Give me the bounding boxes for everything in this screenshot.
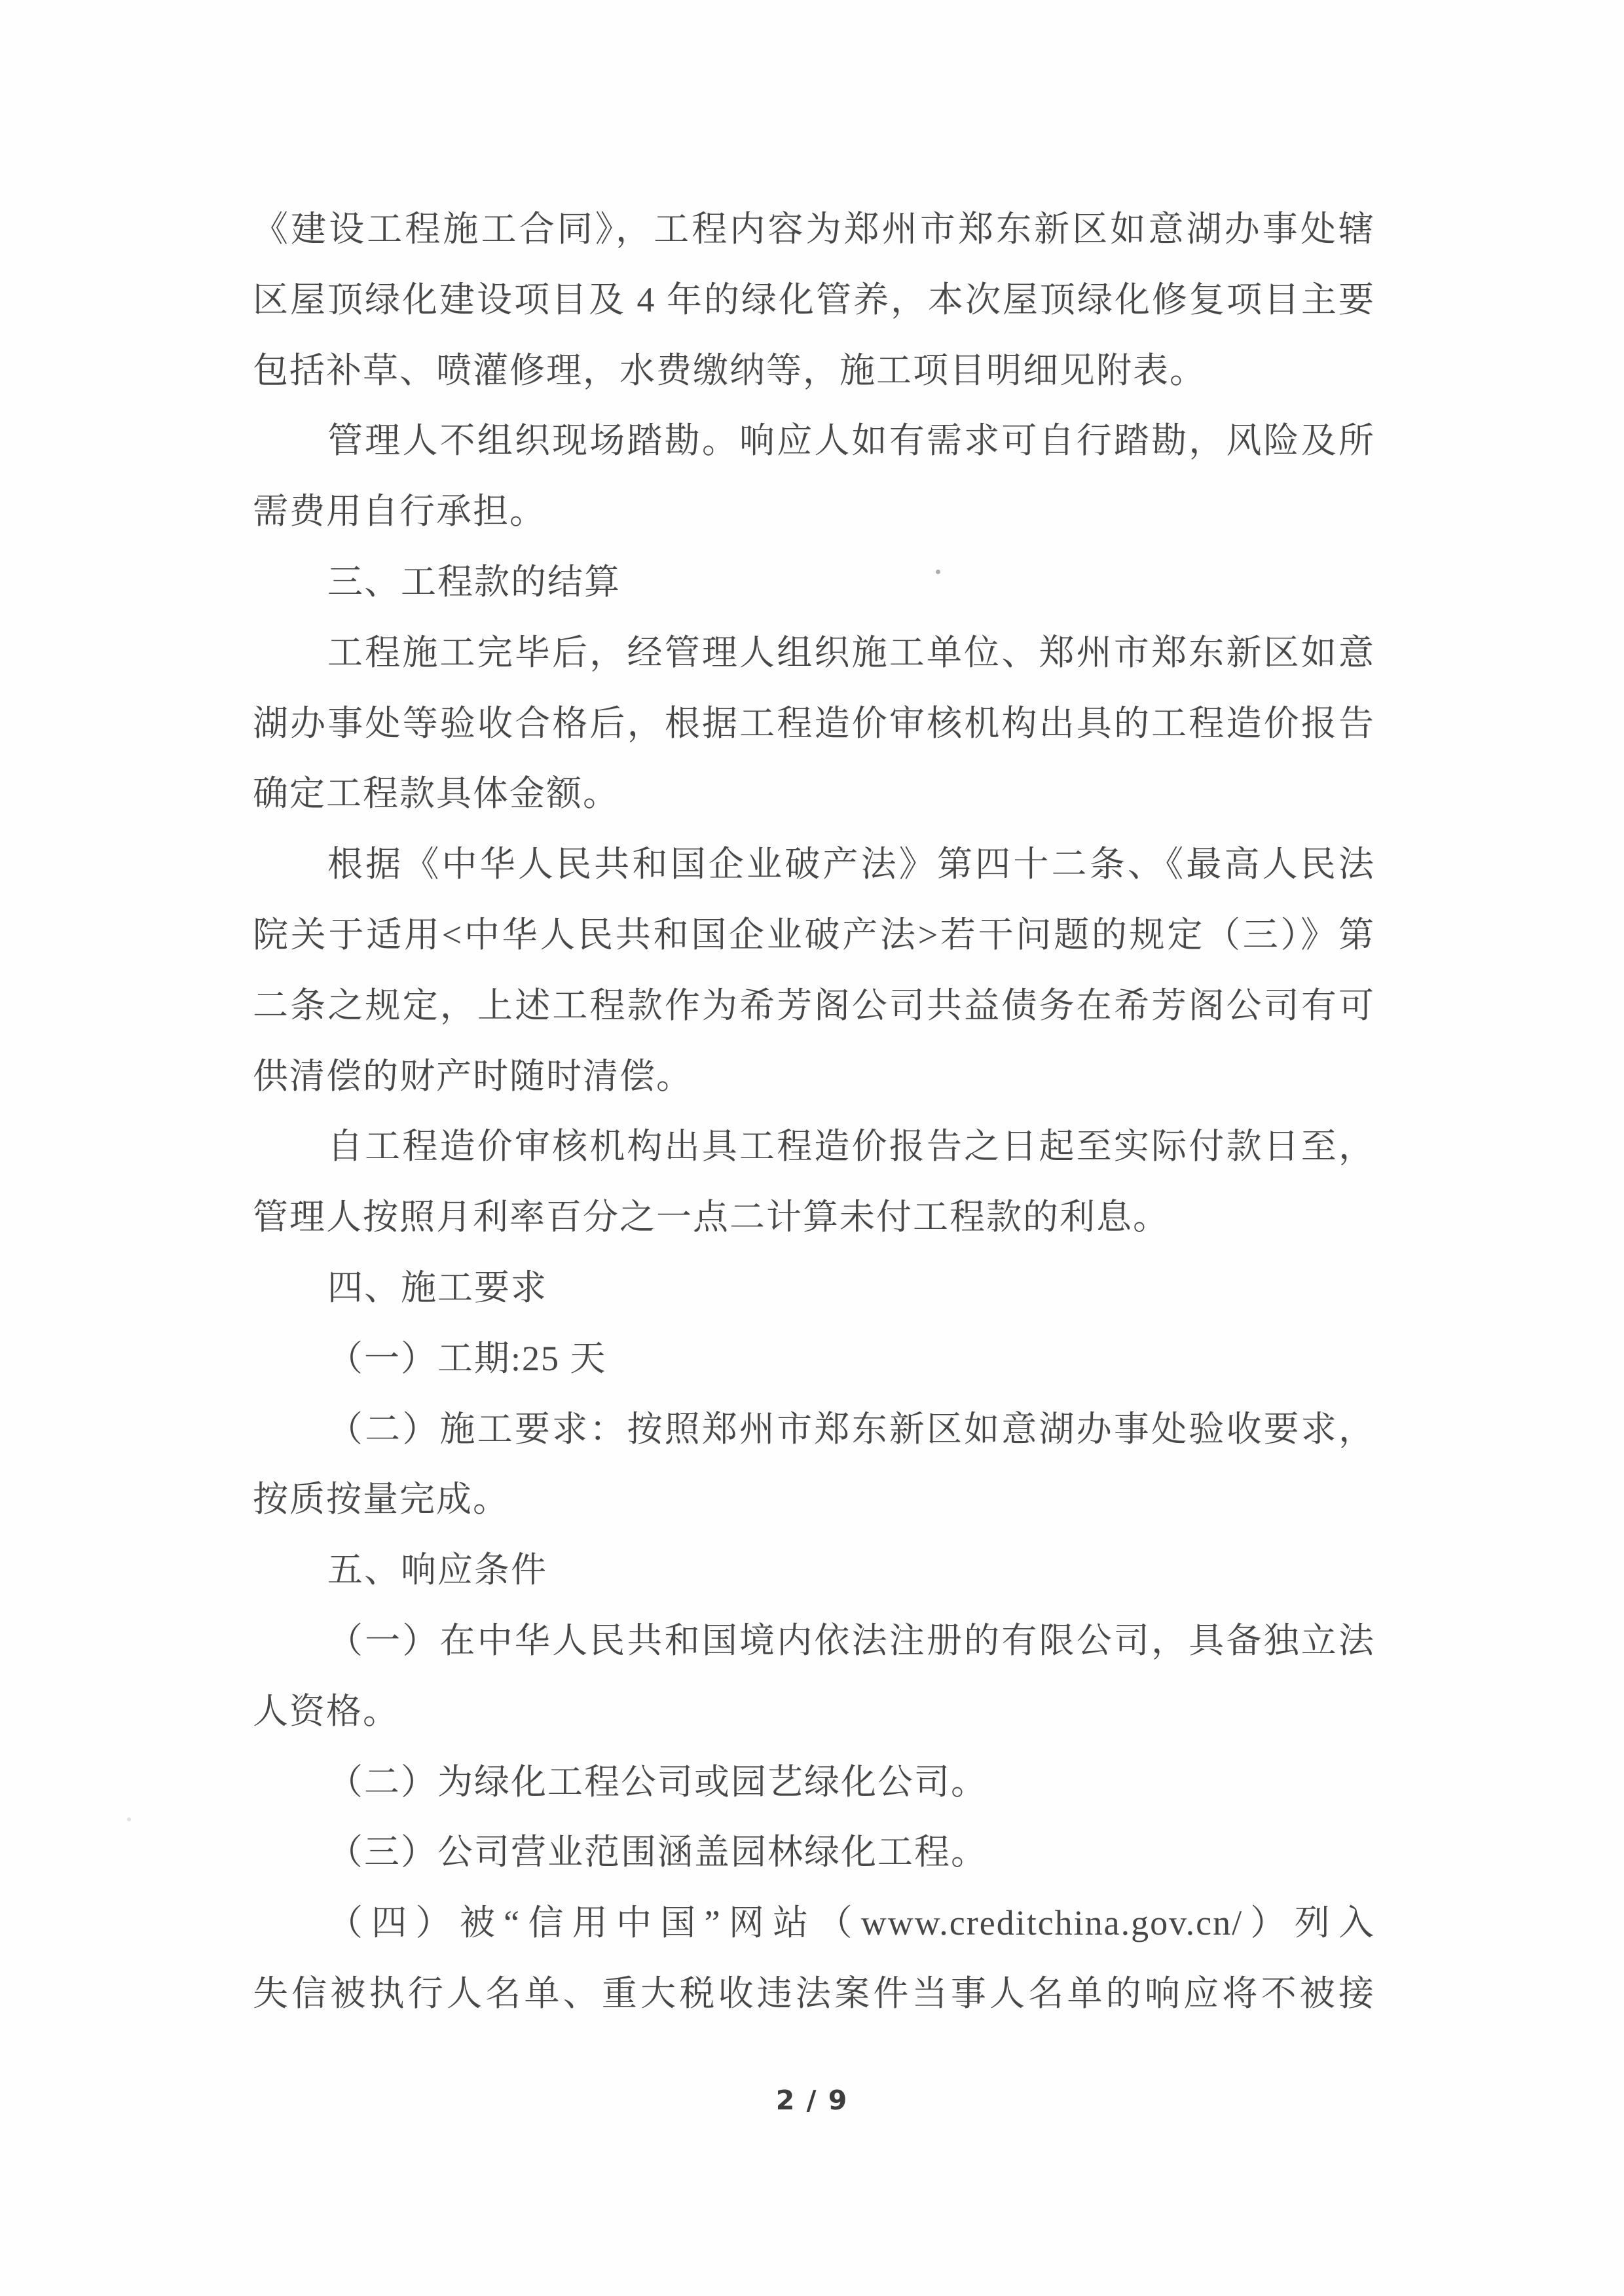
text-line: 管理人按照月利率百分之一点二计算未付工程款的利息。	[253, 1182, 1375, 1253]
text-line: 确定工程款具体金额。	[253, 759, 1375, 829]
text-line: （四）被“信用中国”网站（www.creditchina.gov.cn/）列入	[253, 1888, 1375, 1959]
text-line: （二）施工要求：按照郑州市郑东新区如意湖办事处验收要求，	[253, 1394, 1375, 1465]
text-line: 自工程造价审核机构出具工程造价报告之日起至实际付款日至，	[253, 1112, 1375, 1182]
text-line: 区屋顶绿化建设项目及 4 年的绿化管养，本次屋顶绿化修复项目主要	[253, 265, 1375, 336]
document-page: 《建设工程施工合同》，工程内容为郑州市郑东新区如意湖办事处辖区屋顶绿化建设项目及…	[0, 0, 1624, 2296]
scan-speck	[127, 1817, 131, 1821]
text-line: （一）在中华人民共和国境内依法注册的有限公司，具备独立法	[253, 1606, 1375, 1677]
text-line: 工程施工完毕后，经管理人组织施工单位、郑州市郑东新区如意	[253, 618, 1375, 689]
text-line: 需费用自行承担。	[253, 477, 1375, 547]
text-line: （三）公司营业范围涵盖园林绿化工程。	[253, 1817, 1375, 1888]
text-line: 三、工程款的结算	[253, 547, 1375, 618]
text-line: 院关于适用<中华人民共和国企业破产法>若干问题的规定（三）》第	[253, 900, 1375, 971]
text-line: 人资格。	[253, 1677, 1375, 1747]
text-line: 包括补草、喷灌修理，水费缴纳等，施工项目明细见附表。	[253, 336, 1375, 407]
text-line: （二）为绿化工程公司或园艺绿化公司。	[253, 1747, 1375, 1818]
text-line: 根据《中华人民共和国企业破产法》第四十二条、《最高人民法	[253, 829, 1375, 900]
text-line: 五、响应条件	[253, 1535, 1375, 1606]
text-line: 二条之规定，上述工程款作为希芳阁公司共益债务在希芳阁公司有可	[253, 971, 1375, 1042]
text-line: 供清偿的财产时随时清偿。	[253, 1042, 1375, 1112]
text-line: 管理人不组织现场踏勘。响应人如有需求可自行踏勘，风险及所	[253, 406, 1375, 477]
text-line: 《建设工程施工合同》，工程内容为郑州市郑东新区如意湖办事处辖	[253, 194, 1375, 265]
document-body: 《建设工程施工合同》，工程内容为郑州市郑东新区如意湖办事处辖区屋顶绿化建设项目及…	[253, 194, 1375, 2030]
text-line: 按质按量完成。	[253, 1465, 1375, 1535]
text-line: 失信被执行人名单、重大税收违法案件当事人名单的响应将不被接	[253, 1959, 1375, 2030]
text-line: 四、施工要求	[253, 1253, 1375, 1324]
page-number: 2 / 9	[0, 2085, 1624, 2116]
text-line: （一）工期:25 天	[253, 1324, 1375, 1394]
scan-speck	[936, 570, 940, 574]
text-line: 湖办事处等验收合格后，根据工程造价审核机构出具的工程造价报告	[253, 689, 1375, 759]
